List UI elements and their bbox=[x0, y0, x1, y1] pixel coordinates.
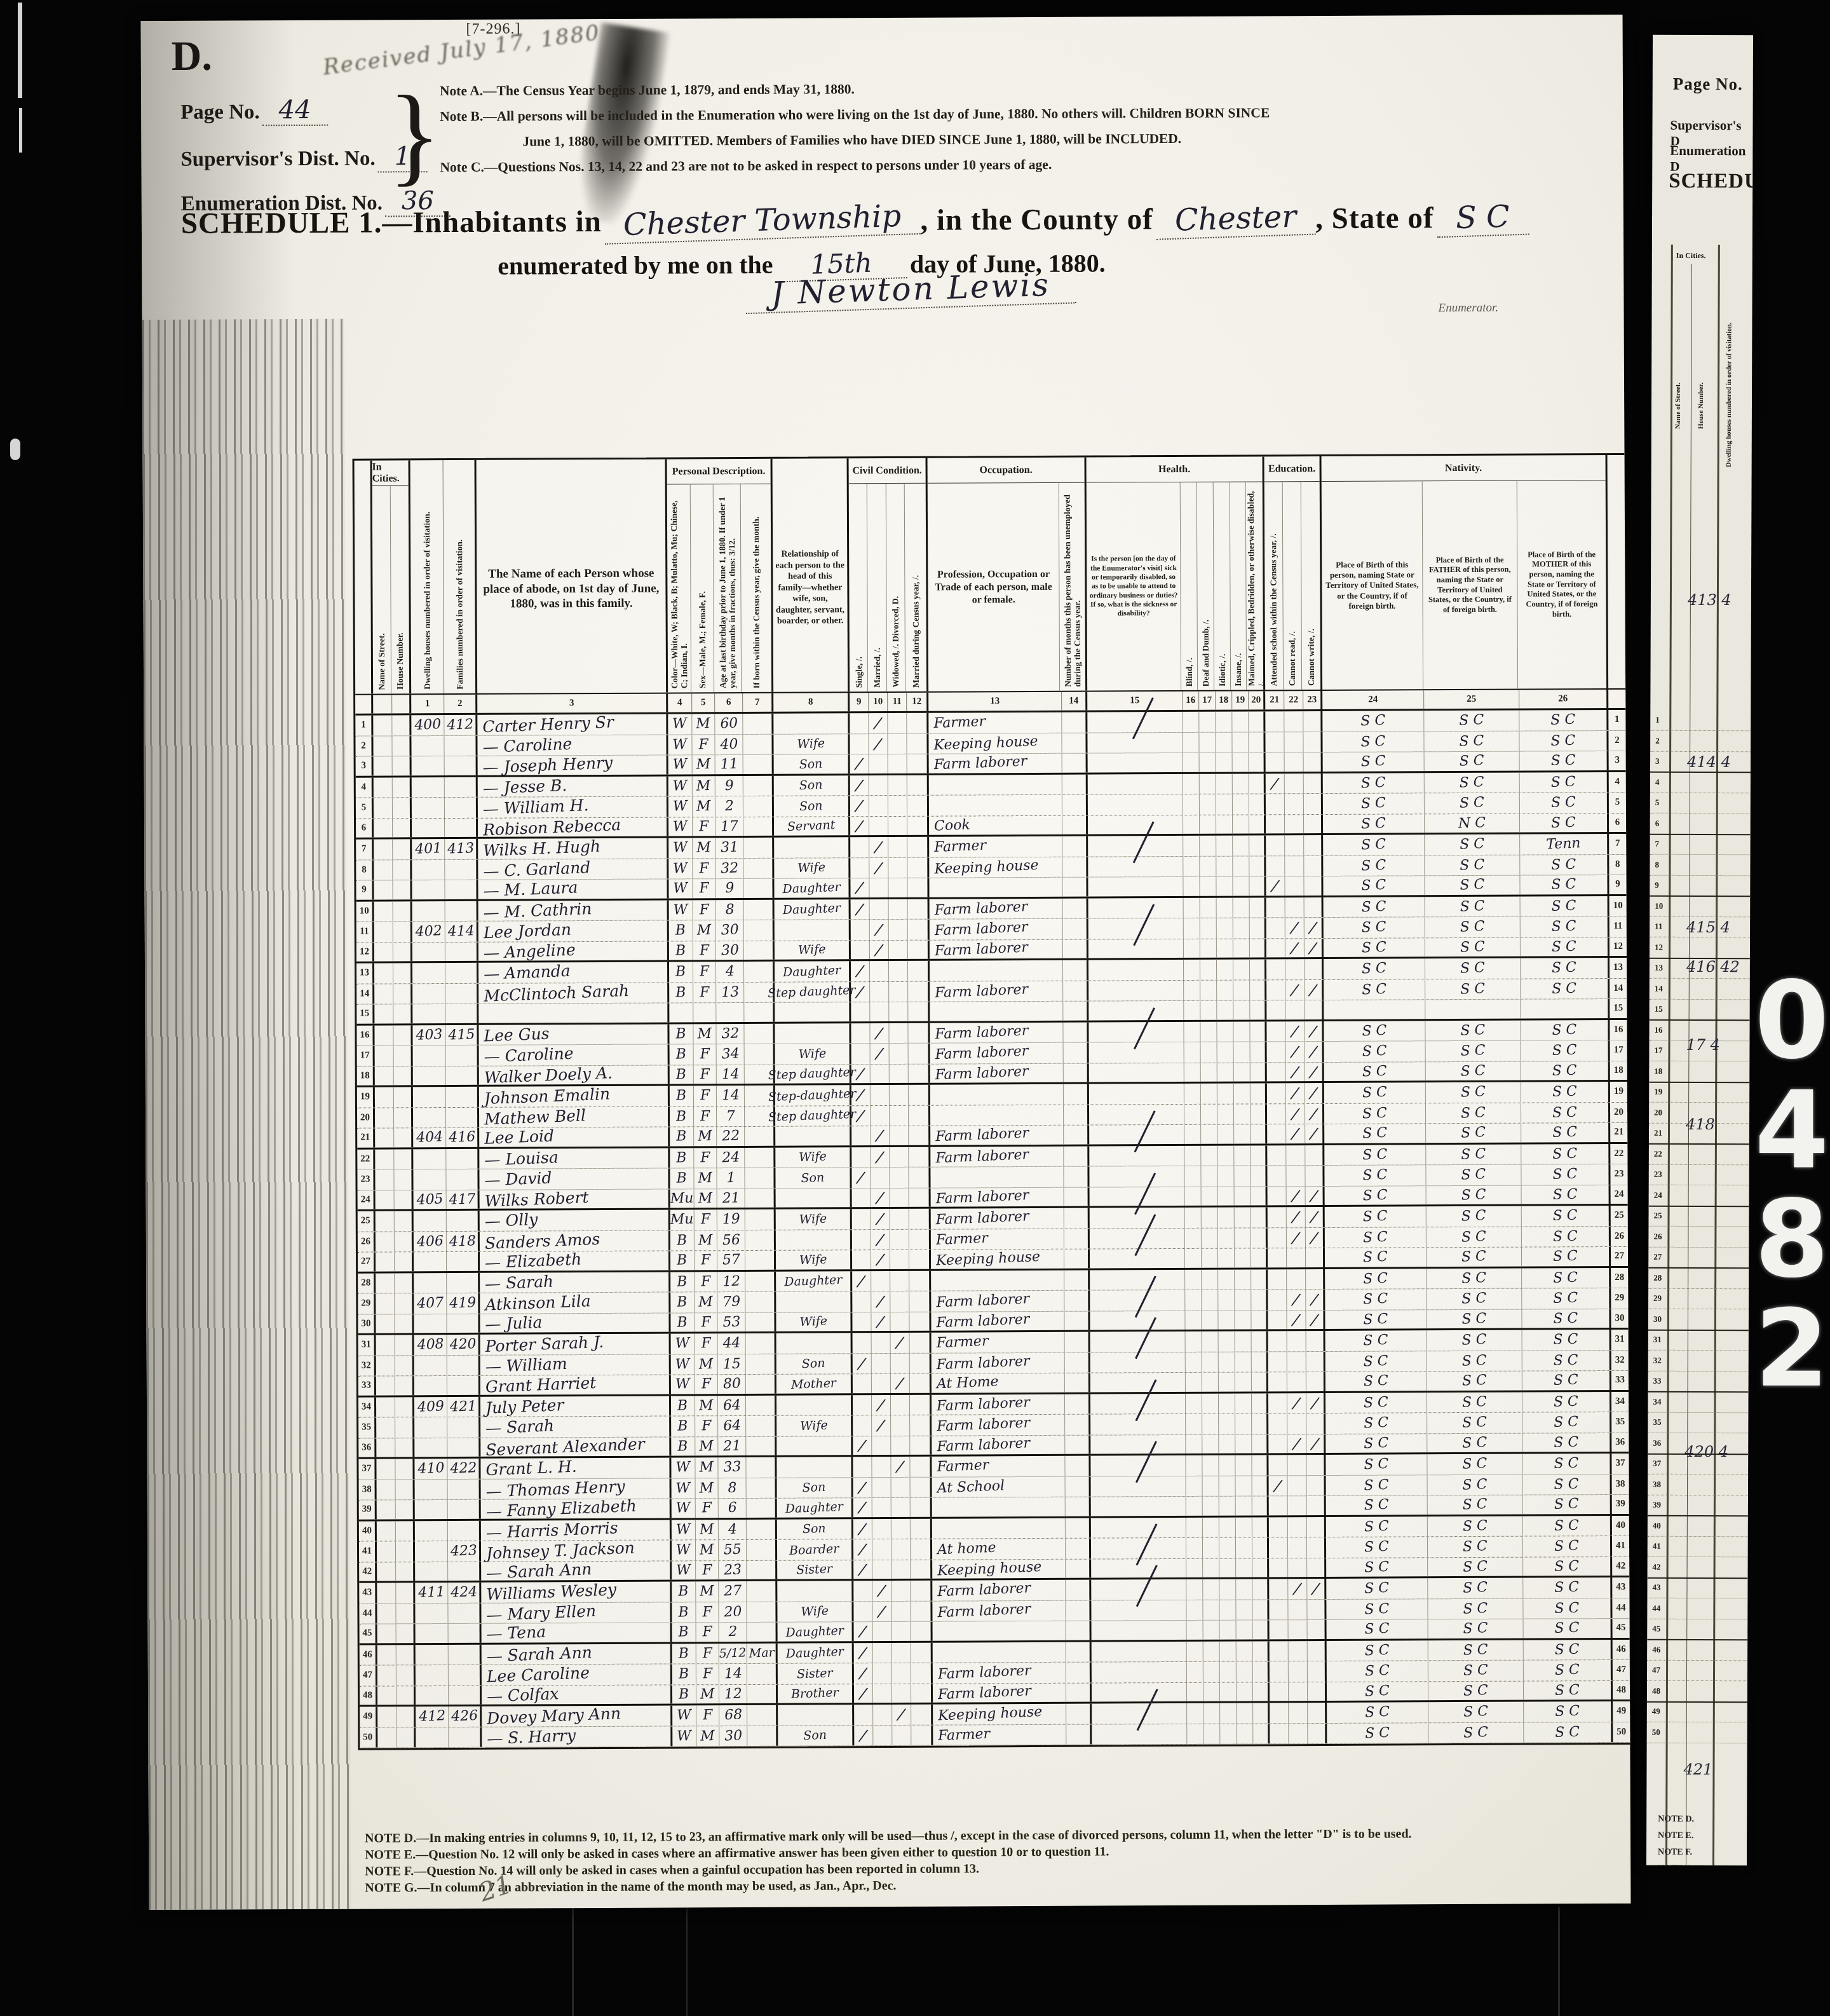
cell-c11 bbox=[888, 837, 907, 857]
value: S C bbox=[1552, 980, 1577, 997]
adjacent-line-number: 2 bbox=[1655, 735, 1660, 746]
value: S C bbox=[1461, 1248, 1487, 1265]
cell-c1 bbox=[416, 1665, 449, 1686]
value: Wife bbox=[799, 1418, 827, 1433]
line-number: 35 bbox=[362, 1422, 371, 1433]
line-number: 3 bbox=[1615, 755, 1620, 766]
cell-c10 bbox=[869, 816, 888, 835]
cell-c2 bbox=[447, 1314, 480, 1333]
cell-c24: S C bbox=[1324, 1041, 1426, 1061]
cell-c24: S C bbox=[1324, 958, 1425, 979]
received-stamp: Received July 17, 1880 bbox=[322, 20, 602, 80]
cell-c13 bbox=[932, 1497, 1066, 1516]
value: S C bbox=[1364, 1559, 1390, 1576]
value: S C bbox=[1362, 981, 1387, 998]
cell-c14 bbox=[1065, 1332, 1090, 1352]
line-number: 10 bbox=[360, 906, 369, 916]
cell-c24: S C bbox=[1325, 1372, 1427, 1391]
value: Sister bbox=[797, 1666, 834, 1681]
cell-c24: S C bbox=[1324, 1103, 1426, 1124]
cell-rnr: 46 bbox=[1613, 1639, 1630, 1659]
adjacent-line-number: 25 bbox=[1654, 1211, 1662, 1221]
cell-c11 bbox=[889, 920, 908, 940]
value: Daughter bbox=[785, 1623, 844, 1640]
cell-c13: Farm laborer bbox=[933, 1683, 1066, 1702]
cell-c21 bbox=[1267, 1104, 1286, 1124]
line-number: 36 bbox=[362, 1442, 371, 1453]
adjacent-rule bbox=[1649, 1143, 1749, 1145]
adjacent-line-number: 21 bbox=[1654, 1128, 1662, 1138]
cell-c12 bbox=[911, 1560, 932, 1579]
cell-c6: 24 bbox=[717, 1147, 745, 1168]
value: Farmer bbox=[935, 1230, 988, 1248]
table-rows: 1400412Carter Henry SrWM60/FarmerS CS CS… bbox=[355, 710, 1630, 1748]
tally-mark: / bbox=[876, 1044, 884, 1063]
cell-c6: 15 bbox=[718, 1354, 746, 1374]
tally-mark: / bbox=[1291, 980, 1299, 999]
cell-c19 bbox=[1235, 1248, 1251, 1267]
cell-c20 bbox=[1251, 1290, 1268, 1310]
tally-mark: / bbox=[876, 1312, 884, 1331]
value: S C bbox=[1363, 1353, 1388, 1370]
cell-c23 bbox=[1306, 1331, 1325, 1351]
cell-c8: Son bbox=[775, 1168, 851, 1188]
cell-rnr: 6 bbox=[1609, 813, 1627, 832]
cell-c10 bbox=[869, 754, 888, 773]
cell-c19 bbox=[1235, 1393, 1252, 1413]
cell-rn: 33 bbox=[358, 1377, 376, 1396]
cell-c9 bbox=[852, 1209, 871, 1229]
cell-c22: / bbox=[1285, 939, 1305, 958]
cell-c5: M bbox=[696, 1726, 719, 1747]
cell-c9: / bbox=[852, 1271, 871, 1291]
value: S C bbox=[1364, 1497, 1389, 1514]
value: 17 bbox=[720, 818, 738, 834]
cell-c17 bbox=[1203, 1476, 1219, 1496]
cell-c12 bbox=[907, 713, 928, 733]
cell-c24: S C bbox=[1323, 752, 1425, 771]
cell-c3: Grant L. H. bbox=[480, 1457, 671, 1478]
value: Sister bbox=[796, 1562, 833, 1577]
value: S C bbox=[1365, 1683, 1390, 1700]
cell-street bbox=[375, 1128, 394, 1147]
line-number: 40 bbox=[1616, 1520, 1625, 1531]
cell-c9 bbox=[853, 1602, 872, 1622]
value: S C bbox=[1362, 1229, 1388, 1246]
cell-c17 bbox=[1200, 794, 1216, 815]
cell-c20 bbox=[1251, 1311, 1268, 1330]
cell-c5: F bbox=[694, 1107, 717, 1127]
cell-c7 bbox=[747, 1581, 777, 1602]
cell-c23: / bbox=[1305, 1103, 1324, 1124]
value: S C bbox=[1360, 753, 1386, 770]
column-number: 19 bbox=[1232, 691, 1249, 710]
cell-c20 bbox=[1251, 1228, 1268, 1248]
cell-c6: 32 bbox=[715, 858, 743, 878]
cell-c5: F bbox=[695, 1416, 718, 1436]
cell-house bbox=[396, 1604, 415, 1624]
tally-mark: / bbox=[1310, 1062, 1318, 1081]
cell-c13: Farm laborer bbox=[930, 919, 1063, 939]
cell-c1 bbox=[412, 963, 445, 983]
cell-c10: / bbox=[871, 1312, 890, 1331]
cell-c10: / bbox=[869, 713, 888, 733]
cell-c19 bbox=[1234, 1042, 1250, 1062]
adjacent-rule bbox=[1650, 751, 1751, 752]
cell-c18 bbox=[1219, 1600, 1236, 1620]
value: Tenn bbox=[1546, 836, 1581, 853]
value: 6 bbox=[728, 1500, 737, 1516]
cell-c7 bbox=[746, 1333, 776, 1354]
value: Farm laborer bbox=[936, 1311, 1030, 1331]
cell-c20 bbox=[1253, 1724, 1270, 1744]
value: S C bbox=[1460, 939, 1485, 956]
cell-c19 bbox=[1235, 1352, 1252, 1372]
cell-house bbox=[396, 1583, 415, 1603]
cell-c25: S C bbox=[1427, 1392, 1522, 1412]
line-number: 8 bbox=[1615, 859, 1620, 870]
value: — Julia bbox=[485, 1313, 543, 1334]
value: F bbox=[701, 1335, 711, 1352]
adjacent-rule bbox=[1648, 1370, 1749, 1372]
cell-c7 bbox=[743, 775, 774, 796]
value: W bbox=[675, 1356, 690, 1373]
cell-c22 bbox=[1285, 753, 1304, 772]
cell-c8 bbox=[774, 837, 850, 857]
cell-c14 bbox=[1063, 919, 1088, 939]
cell-c18 bbox=[1219, 1497, 1236, 1516]
cell-c11 bbox=[892, 1663, 911, 1684]
cell-c4 bbox=[669, 1003, 693, 1022]
cell-c6: 80 bbox=[718, 1375, 746, 1394]
cell-c9 bbox=[852, 1312, 871, 1332]
line-number: 26 bbox=[1615, 1231, 1624, 1242]
line-number: 21 bbox=[360, 1133, 370, 1143]
tally-mark: / bbox=[876, 1230, 884, 1249]
tally-mark: / bbox=[876, 1292, 884, 1311]
cell-c7 bbox=[745, 1044, 775, 1065]
insane-col-label: Insane, /. bbox=[1233, 653, 1243, 686]
cell-rnr: 18 bbox=[1610, 1061, 1628, 1080]
cell-c15 bbox=[1091, 1538, 1186, 1558]
value: — Angeline bbox=[483, 940, 576, 962]
cell-rnr: 34 bbox=[1611, 1391, 1629, 1412]
cell-c13: Farm laborer bbox=[932, 1394, 1065, 1414]
cell-c1 bbox=[415, 1604, 448, 1624]
cell-c2 bbox=[445, 777, 478, 797]
cell-rnr: 11 bbox=[1610, 916, 1627, 937]
tally-mark: / bbox=[1310, 1124, 1318, 1143]
cell-c8: Son bbox=[774, 775, 850, 796]
adjacent-rule bbox=[1650, 875, 1750, 876]
cell-c23: / bbox=[1306, 1227, 1325, 1248]
tally-mark: / bbox=[875, 920, 883, 939]
cell-street bbox=[377, 1727, 396, 1748]
value: Wife bbox=[797, 943, 825, 958]
cell-rnr: 19 bbox=[1610, 1082, 1628, 1102]
cell-c24: S C bbox=[1324, 938, 1425, 957]
cell-c22 bbox=[1285, 794, 1304, 814]
cell-rnr: 28 bbox=[1611, 1267, 1629, 1288]
cell-c25: S C bbox=[1425, 876, 1520, 895]
cell-c17 bbox=[1202, 1187, 1218, 1206]
cell-rnr: 33 bbox=[1611, 1371, 1629, 1390]
cell-c9 bbox=[853, 1374, 872, 1393]
value: S C bbox=[1459, 733, 1484, 750]
cell-c2 bbox=[448, 1479, 481, 1499]
single-col-label: Single, /. bbox=[853, 657, 863, 688]
cell-street bbox=[377, 1706, 396, 1727]
cell-c5: F bbox=[693, 962, 716, 982]
value: Keeping house bbox=[934, 857, 1039, 877]
cell-c4: W bbox=[671, 1333, 695, 1354]
value: S C bbox=[1552, 960, 1577, 977]
cell-c24: S C bbox=[1324, 1165, 1426, 1185]
header-col: Insane, /. bbox=[1230, 482, 1247, 690]
cell-c12 bbox=[909, 1044, 930, 1064]
value: Step-daughter bbox=[768, 1087, 857, 1104]
cell-c5: F bbox=[694, 1065, 717, 1084]
cell-c16 bbox=[1187, 1703, 1203, 1724]
cell-c26: S C bbox=[1521, 958, 1610, 978]
value: F bbox=[700, 984, 710, 1001]
adjacent-rule bbox=[1648, 1556, 1748, 1558]
cell-house bbox=[396, 1665, 416, 1686]
value: M bbox=[698, 1232, 713, 1249]
value: S C bbox=[1463, 1642, 1488, 1659]
cell-c7 bbox=[747, 1478, 777, 1498]
cell-c9 bbox=[854, 1705, 873, 1725]
tally-mark: / bbox=[876, 1188, 884, 1207]
cell-c7 bbox=[743, 879, 774, 898]
cell-c7 bbox=[747, 1602, 777, 1622]
value: S C bbox=[1461, 1229, 1486, 1246]
cell-c19 bbox=[1236, 1537, 1252, 1558]
cell-c26: S C bbox=[1524, 1722, 1613, 1743]
value: Cook bbox=[934, 817, 971, 834]
value: S C bbox=[1460, 876, 1485, 894]
cell-c17 bbox=[1203, 1682, 1220, 1701]
column-number: 17 bbox=[1199, 691, 1216, 710]
cell-c4: Mu bbox=[670, 1209, 695, 1230]
line-number: 13 bbox=[1613, 962, 1623, 973]
cell-c5: M bbox=[693, 1024, 716, 1044]
value: 30 bbox=[721, 942, 739, 958]
value: F bbox=[701, 1274, 711, 1290]
value: — S. Harry bbox=[487, 1726, 576, 1747]
cell-c11 bbox=[889, 940, 908, 959]
cell-c4: W bbox=[672, 1499, 696, 1518]
cell-c14 bbox=[1062, 712, 1087, 733]
cell-house bbox=[392, 715, 411, 735]
cell-c24: S C bbox=[1324, 917, 1425, 937]
cell-c12 bbox=[908, 961, 930, 981]
value: 79 bbox=[722, 1294, 740, 1311]
value: Farm laborer bbox=[935, 1209, 1029, 1229]
cell-c6: 53 bbox=[717, 1312, 745, 1332]
cell-c2 bbox=[446, 1148, 479, 1169]
cell-c3: — Tena bbox=[482, 1623, 672, 1642]
cell-c26: S C bbox=[1521, 1144, 1610, 1164]
value: S C bbox=[1550, 712, 1576, 729]
cell-c5: F bbox=[692, 735, 715, 755]
cell-c4: W bbox=[672, 1726, 696, 1747]
cell-c3: Lee Loid bbox=[479, 1127, 670, 1147]
cell-c20 bbox=[1250, 897, 1266, 918]
value: M bbox=[698, 1294, 713, 1311]
cell-c6: 9 bbox=[715, 879, 743, 898]
value: W bbox=[675, 1500, 691, 1516]
value: B bbox=[676, 1066, 687, 1083]
cell-c13 bbox=[933, 1642, 1066, 1662]
cell-c13: Farm laborer bbox=[932, 1435, 1065, 1454]
cell-c9: / bbox=[850, 754, 869, 773]
adjacent-line-number: 42 bbox=[1653, 1562, 1661, 1572]
cell-c6: 17 bbox=[715, 817, 743, 836]
cell-c21 bbox=[1270, 1620, 1289, 1639]
value: S C bbox=[1554, 1538, 1580, 1555]
cell-c22: / bbox=[1286, 1104, 1305, 1124]
cell-c9: / bbox=[851, 1085, 871, 1105]
cell-house bbox=[395, 1335, 414, 1355]
cell-c25: S C bbox=[1428, 1722, 1524, 1743]
cell-c5: F bbox=[694, 1044, 717, 1065]
line-number: 18 bbox=[1614, 1065, 1623, 1076]
cell-c1 bbox=[414, 1273, 447, 1293]
value: Williams Wesley bbox=[486, 1581, 617, 1604]
adjacent-line-number: 44 bbox=[1652, 1603, 1660, 1613]
value: — Caroline bbox=[484, 1044, 574, 1066]
cell-c22 bbox=[1285, 773, 1304, 794]
value: S C bbox=[1550, 773, 1576, 791]
cell-c17 bbox=[1201, 1166, 1217, 1187]
value: Farm laborer bbox=[935, 1187, 1029, 1207]
cell-c5: M bbox=[693, 776, 715, 796]
header-notes: Note A.—The Census Year begins June 1, 1… bbox=[440, 74, 1270, 180]
cell-c14 bbox=[1066, 1683, 1092, 1702]
cell-c16 bbox=[1183, 753, 1200, 772]
cell-c20 bbox=[1251, 1248, 1268, 1267]
value: 68 bbox=[724, 1707, 742, 1724]
cell-c26: S C bbox=[1523, 1557, 1612, 1576]
value: Wife bbox=[799, 1252, 827, 1267]
cell-c26: S C bbox=[1524, 1640, 1613, 1660]
cell-c6: 2 bbox=[719, 1623, 747, 1642]
cell-c20 bbox=[1252, 1517, 1269, 1537]
grid-line bbox=[1665, 245, 1673, 1865]
cell-c9 bbox=[850, 858, 869, 878]
cell-c1: 404 bbox=[413, 1128, 446, 1147]
value: — Mary Ellen bbox=[486, 1602, 597, 1624]
line-number: 6 bbox=[1615, 817, 1620, 828]
civil-group-label: Civil Condition. bbox=[849, 458, 926, 484]
cell-house bbox=[393, 922, 412, 942]
cell-c1 bbox=[416, 1686, 449, 1705]
value: Robison Rebecca bbox=[483, 815, 621, 840]
line-number: 29 bbox=[361, 1298, 370, 1309]
tally-mark: / bbox=[1310, 1042, 1318, 1061]
value: S C bbox=[1363, 1332, 1388, 1349]
cell-c26: Tenn bbox=[1520, 834, 1609, 854]
cell-c10 bbox=[872, 1518, 891, 1539]
cell-rn: 22 bbox=[357, 1149, 375, 1169]
cell-c15 bbox=[1088, 980, 1184, 1000]
header-group: Families numbered in order of visitation… bbox=[444, 460, 478, 693]
cell-c8: Wife bbox=[776, 1209, 852, 1229]
cell-c19 bbox=[1235, 1455, 1252, 1475]
cell-c10 bbox=[872, 1560, 891, 1579]
cell-c21 bbox=[1268, 1248, 1287, 1267]
cell-house bbox=[396, 1541, 415, 1562]
cell-c25: S C bbox=[1427, 1289, 1522, 1309]
cell-c22: / bbox=[1286, 1124, 1305, 1143]
cell-house bbox=[395, 1293, 414, 1314]
cell-c7 bbox=[747, 1499, 777, 1518]
cell-street bbox=[377, 1521, 396, 1541]
col8-label: Relationship of each person to the head … bbox=[773, 547, 848, 630]
value: B bbox=[677, 1232, 688, 1249]
cell-c19 bbox=[1233, 918, 1250, 939]
value: Johnson Emalin bbox=[484, 1085, 610, 1108]
cell-c2: 424 bbox=[448, 1583, 481, 1603]
value: S C bbox=[1552, 1084, 1577, 1101]
group-cols: Place of Birth of this person, naming St… bbox=[1322, 480, 1606, 690]
cell-c3: Grant Harriet bbox=[480, 1375, 671, 1394]
cell-c18 bbox=[1218, 1208, 1235, 1228]
adjacent-note: NOTE F. bbox=[1658, 1848, 1692, 1858]
note-b1: Note B.—All persons will be included in … bbox=[440, 100, 1270, 129]
value: S C bbox=[1360, 712, 1386, 730]
line-number: 30 bbox=[1615, 1313, 1624, 1324]
cell-c2 bbox=[445, 859, 478, 880]
value: 4 bbox=[725, 964, 735, 980]
value: S C bbox=[1460, 1063, 1486, 1080]
cell-street bbox=[377, 1562, 396, 1581]
cell-c5: M bbox=[693, 796, 715, 817]
cell-c5: M bbox=[695, 1230, 717, 1251]
value: Brother bbox=[791, 1686, 839, 1701]
adjacent-entry: 415 4 bbox=[1686, 918, 1730, 936]
cell-c23 bbox=[1304, 814, 1323, 833]
cell-c7 bbox=[743, 755, 774, 774]
value: S C bbox=[1460, 836, 1485, 853]
cell-c18 bbox=[1217, 1145, 1234, 1166]
adjacent-line-number: 43 bbox=[1652, 1583, 1660, 1593]
cell-c21 bbox=[1268, 1455, 1287, 1475]
cell-c16 bbox=[1185, 1228, 1202, 1248]
value: F bbox=[703, 1707, 713, 1724]
cell-c20 bbox=[1250, 1124, 1267, 1143]
value: S C bbox=[1459, 712, 1484, 729]
cell-street bbox=[376, 1273, 395, 1293]
line-number: 39 bbox=[1616, 1499, 1625, 1509]
cell-rnr: 10 bbox=[1610, 896, 1627, 916]
adjacent-rule bbox=[1647, 1742, 1747, 1743]
cell-c8 bbox=[776, 1230, 852, 1250]
value: 12 bbox=[724, 1686, 742, 1702]
cell-c22: / bbox=[1287, 1187, 1306, 1206]
cell-c23 bbox=[1307, 1516, 1326, 1537]
cell-c14 bbox=[1063, 898, 1088, 918]
cell-c21 bbox=[1266, 856, 1285, 876]
value: F bbox=[702, 1666, 712, 1682]
cell-c12 bbox=[910, 1415, 932, 1436]
cell-c8 bbox=[776, 1436, 853, 1455]
value: Keeping house bbox=[938, 1704, 1043, 1724]
value: 417 bbox=[449, 1191, 476, 1208]
cell-c21 bbox=[1267, 1042, 1286, 1062]
cell-c4: B bbox=[671, 1416, 695, 1436]
